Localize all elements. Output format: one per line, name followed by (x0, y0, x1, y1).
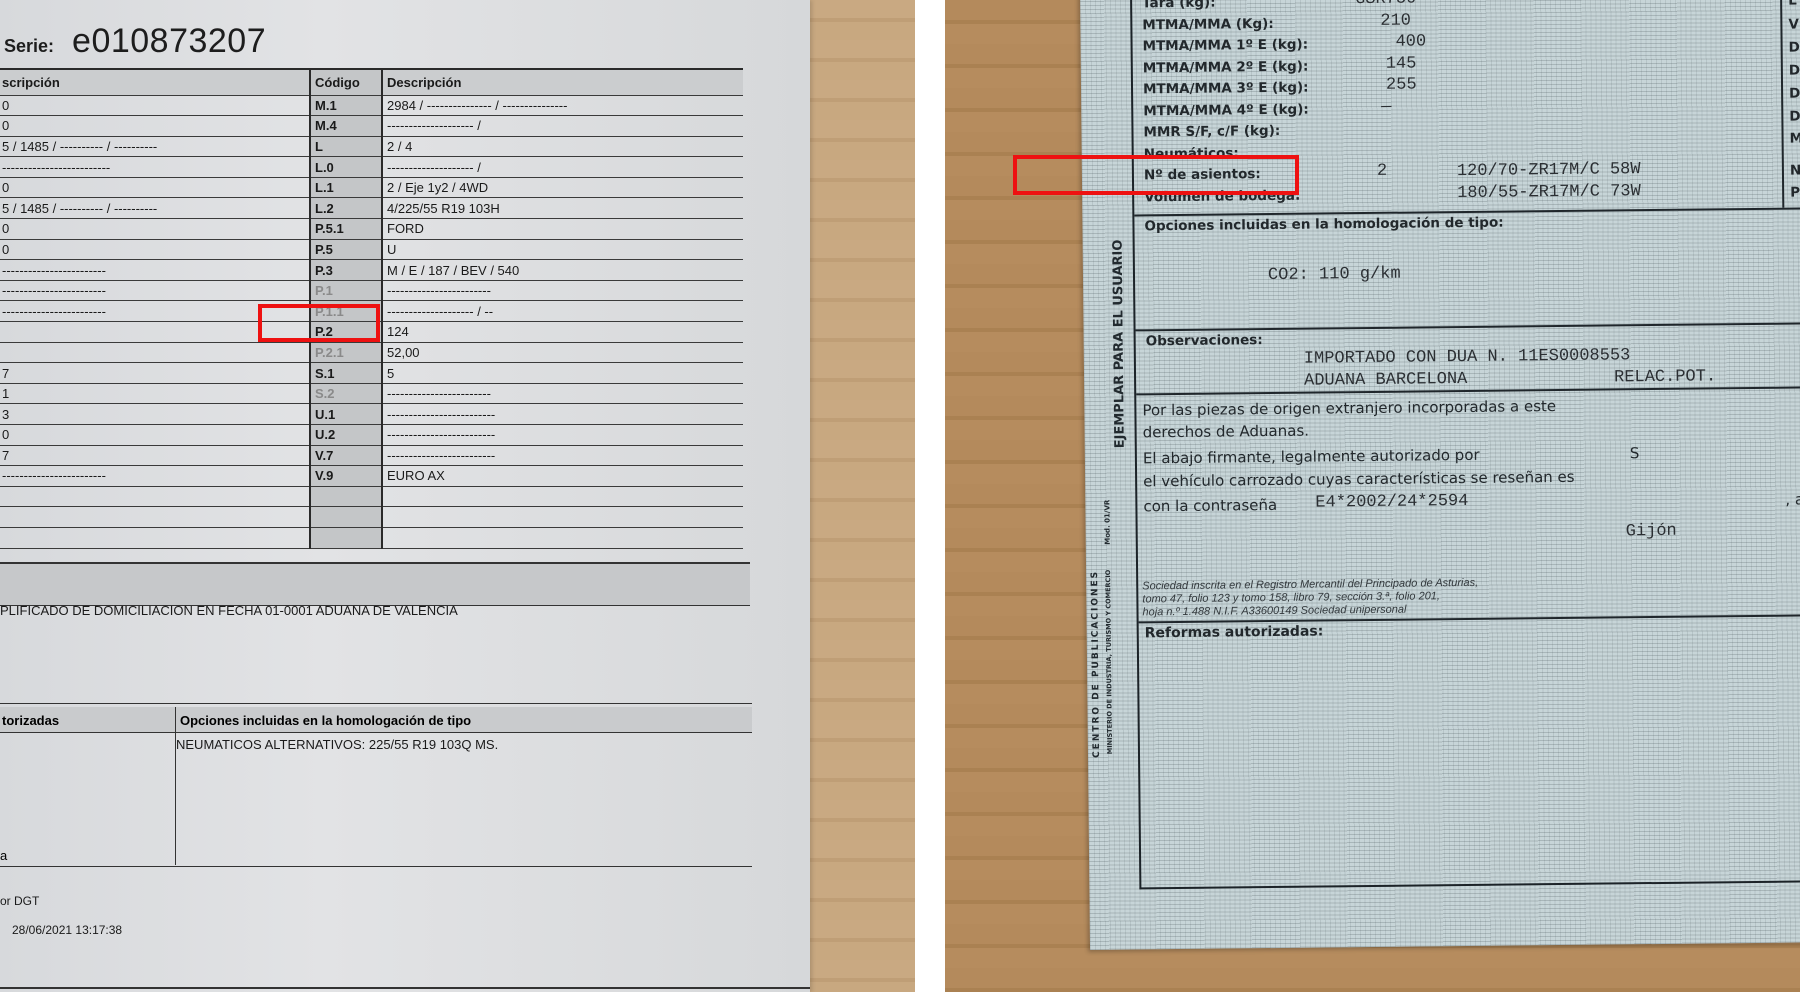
side-label-ministry: MINISTERIO DE INDUSTRIA, TURISMO Y COMER… (1104, 570, 1114, 755)
left-description-cell: 0 (0, 116, 310, 137)
reformas-header: torizadas (0, 707, 175, 733)
table-row: 0P.5U (0, 239, 743, 260)
divider (0, 987, 810, 989)
observations-line-2: ADUANA BARCELONA (1304, 370, 1467, 391)
edge-field-label: D (1789, 108, 1800, 124)
paragraph-signatory-tail: S (1630, 444, 1640, 462)
timestamp: 28/06/2021 13:17:38 (12, 923, 122, 937)
code-cell: P.3 (310, 260, 382, 281)
code-cell: S.1 (310, 363, 382, 384)
header-code: Código (310, 69, 382, 95)
left-description-cell: 3 (0, 404, 310, 425)
field-value: 255 (1386, 75, 1417, 94)
table-row: ------------------------P.1 ------------… (0, 280, 743, 301)
code-cell: M.1 (310, 95, 382, 116)
highlight-box-seats-left (258, 304, 380, 342)
paragraph-signatory: El abajo firmante, legalmente autorizado… (1143, 446, 1480, 468)
description-cell: 5 (382, 363, 743, 384)
code-cell: V.9 (310, 466, 382, 487)
code-cell: U.1 (310, 404, 382, 425)
contrasena-label: con la contraseña (1143, 496, 1277, 515)
field-label: MTMA/MMA 2º E (kg): (1143, 58, 1309, 76)
field-label: MTMA/MMA 4º E (kg): (1143, 101, 1309, 119)
observations-header: Observaciones: (1146, 332, 1263, 349)
observations-text: PLIFICADO DE DOMICILIACION EN FECHA 01-0… (0, 603, 458, 618)
table-row: 0U.2 ------------------------- (0, 425, 743, 446)
description-cell: -------------------- / (382, 116, 743, 137)
options-header: Opciones incluidas en la homologación de… (175, 707, 752, 733)
left-description-cell: ------------------------ (0, 466, 310, 487)
field-value: — (1381, 97, 1391, 116)
serie-label: Serie: (4, 36, 54, 57)
side-label-user-copy: EJEMPLAR PARA EL USUARIO (1111, 240, 1128, 449)
field-label: MMR S/F, c/F (kg): (1143, 123, 1280, 140)
left-description-cell: ------------------------ (0, 280, 310, 301)
left-description-cell: 7 (0, 445, 310, 466)
left-description-cell: 0 (0, 177, 310, 198)
description-cell: FORD (382, 219, 743, 240)
tyre-rear: 180/55-ZR17M/C 73W (1457, 182, 1641, 203)
code-cell: P.5.1 (310, 219, 382, 240)
description-cell: EURO AX (382, 466, 743, 487)
left-photo: Serie: e010873207 scripción Código Descr… (0, 0, 915, 992)
description-cell: ------------------------ (382, 280, 743, 301)
observations-line-2b: RELAC.POT. (1614, 367, 1716, 387)
tyre-front: 120/70-ZR17M/C 58W (1457, 160, 1641, 181)
edge-field-label: D (1789, 39, 1800, 55)
description-cell: 4/225/55 R19 103H (382, 198, 743, 219)
description-cell: M / E / 187 / BEV / 540 (382, 260, 743, 281)
table-row: ------------------------P.3M / E / 187 /… (0, 260, 743, 281)
code-cell: L (310, 136, 382, 157)
left-description-cell (0, 342, 310, 363)
issuer-text: or DGT (0, 894, 39, 908)
description-cell: ------------------------- (382, 404, 743, 425)
description-cell: ------------------------ (382, 383, 743, 404)
description-cell: -------------------- / -- (382, 301, 743, 322)
table-row: -------------------------L.0 -----------… (0, 157, 743, 178)
serie-number: e010873207 (72, 22, 266, 61)
paragraph-customs: derechos de Aduanas. (1143, 422, 1310, 442)
co2-value: CO2: 110 g/km (1268, 265, 1401, 285)
field-value: 210 (1380, 11, 1411, 30)
table-row: 0P.5.1FORD (0, 219, 743, 240)
image-separator (915, 0, 945, 992)
left-description-cell (0, 507, 310, 528)
side-label-publications: CENTRO DE PUBLICACIONES (1090, 570, 1102, 758)
divider (0, 866, 752, 867)
table-row (0, 507, 743, 528)
edge-field-label: N (1790, 162, 1800, 178)
description-cell: ------------------------- (382, 425, 743, 446)
description-cell (382, 507, 743, 528)
field-value: 145 (1386, 54, 1417, 73)
field-label: MTMA/MMA 1º E (kg): (1143, 37, 1309, 55)
edge-field-label: L (1788, 0, 1797, 9)
description-cell: 52,00 (382, 342, 743, 363)
left-description-cell: 5 / 1485 / ---------- / ---------- (0, 136, 310, 157)
left-description-cell: 0 (0, 219, 310, 240)
edge-field-label: M (1790, 130, 1800, 146)
table-row: 3U.1 ------------------------- (0, 404, 743, 425)
description-cell: 2 / 4 (382, 136, 743, 157)
left-description-cell: 0 (0, 95, 310, 116)
left-description-cell (0, 486, 310, 507)
field-value: 2 (1377, 162, 1387, 181)
reformas-trailing-text: a (0, 848, 7, 863)
left-description-cell: 0 (0, 425, 310, 446)
code-cell: P.1 (310, 280, 382, 301)
description-cell: 2 / Eje 1y2 / 4WD (382, 177, 743, 198)
field-label: Tara (kg): (1142, 0, 1216, 11)
registry-line-3: hoja n.º 1.488 N.I.F. A33600149 Sociedad… (1142, 604, 1406, 620)
description-cell: ------------------------- (382, 445, 743, 466)
code-cell: M.4 (310, 116, 382, 137)
observations-line-1: IMPORTADO CON DUA N. 11ES0008553 (1304, 346, 1631, 368)
code-cell: S.2 (310, 383, 382, 404)
side-label-model: Mod. 01/VR (1103, 500, 1111, 545)
highlight-box-seats-right (1013, 155, 1299, 195)
table-row: ------------------------V.9EURO AX (0, 466, 743, 487)
code-cell: P.5 (310, 239, 382, 260)
code-cell: L.1 (310, 177, 382, 198)
code-cell: P.2.1 (310, 342, 382, 363)
left-description-cell: 1 (0, 383, 310, 404)
table-row: 0M.4 -------------------- / (0, 116, 743, 137)
left-description-cell: 0 (0, 239, 310, 260)
options-text: NEUMATICOS ALTERNATIVOS: 225/55 R19 103Q… (176, 737, 498, 752)
table-row: 7V.7 ------------------------- (0, 445, 743, 466)
description-cell: U (382, 239, 743, 260)
table-row (0, 527, 743, 548)
edge-field-label: D (1789, 85, 1800, 101)
contrasena-tail: , as (1785, 490, 1800, 508)
code-cell: L.0 (310, 157, 382, 178)
table-header-row: scripción Código Descripción (0, 69, 743, 95)
left-description-cell: ------------------------- (0, 157, 310, 178)
inspection-card-document: Tara (kg):GSR750MTMA/MMA (Kg):210MTMA/MM… (1080, 0, 1800, 950)
table-row: P.2.152,00 (0, 342, 743, 363)
divider (175, 733, 176, 865)
table-row (0, 486, 743, 507)
contrasena-value: E4*2002/24*2594 (1315, 492, 1468, 513)
technical-sheet-document: Serie: e010873207 scripción Código Descr… (0, 0, 810, 992)
left-description-cell: ------------------------ (0, 260, 310, 281)
field-value: 400 (1395, 32, 1426, 51)
header-description: Descripción (382, 69, 743, 95)
serie-row: Serie: e010873207 (4, 22, 266, 61)
code-cell (310, 507, 382, 528)
observations-header-band (0, 562, 750, 606)
code-cell: U.2 (310, 425, 382, 446)
description-cell (382, 527, 743, 548)
city: Gijón (1626, 522, 1677, 542)
code-cell (310, 527, 382, 548)
description-cell (382, 486, 743, 507)
header-left-description: scripción (0, 69, 310, 95)
edge-field-label: D (1789, 62, 1800, 78)
description-cell: 2984 / --------------- / --------------- (382, 95, 743, 116)
code-cell: L.2 (310, 198, 382, 219)
table-row: 1S.2 ------------------------ (0, 383, 743, 404)
code-cell (310, 486, 382, 507)
edge-field-label: Po (1790, 184, 1800, 200)
code-cell: V.7 (310, 445, 382, 466)
reformas-header: Reformas autorizadas: (1145, 623, 1324, 641)
divider (0, 703, 752, 704)
table-row: 0M.12984 / --------------- / -----------… (0, 95, 743, 116)
description-cell: -------------------- / (382, 157, 743, 178)
field-value: GSR750 (1355, 0, 1416, 9)
table-row: 5 / 1485 / ---------- / ----------L2 / 4 (0, 136, 743, 157)
field-label: MTMA/MMA (Kg): (1142, 15, 1274, 32)
left-description-cell: 5 / 1485 / ---------- / ---------- (0, 198, 310, 219)
table-row: 5 / 1485 / ---------- / ----------L.24/2… (0, 198, 743, 219)
left-description-cell (0, 527, 310, 548)
table-row: 0L.12 / Eje 1y2 / 4WD (0, 177, 743, 198)
table-row: 7S.15 (0, 363, 743, 384)
description-cell: 124 (382, 322, 743, 343)
field-label: MTMA/MMA 3º E (kg): (1143, 80, 1309, 98)
left-description-cell: 7 (0, 363, 310, 384)
edge-field-label: V (1788, 16, 1799, 32)
